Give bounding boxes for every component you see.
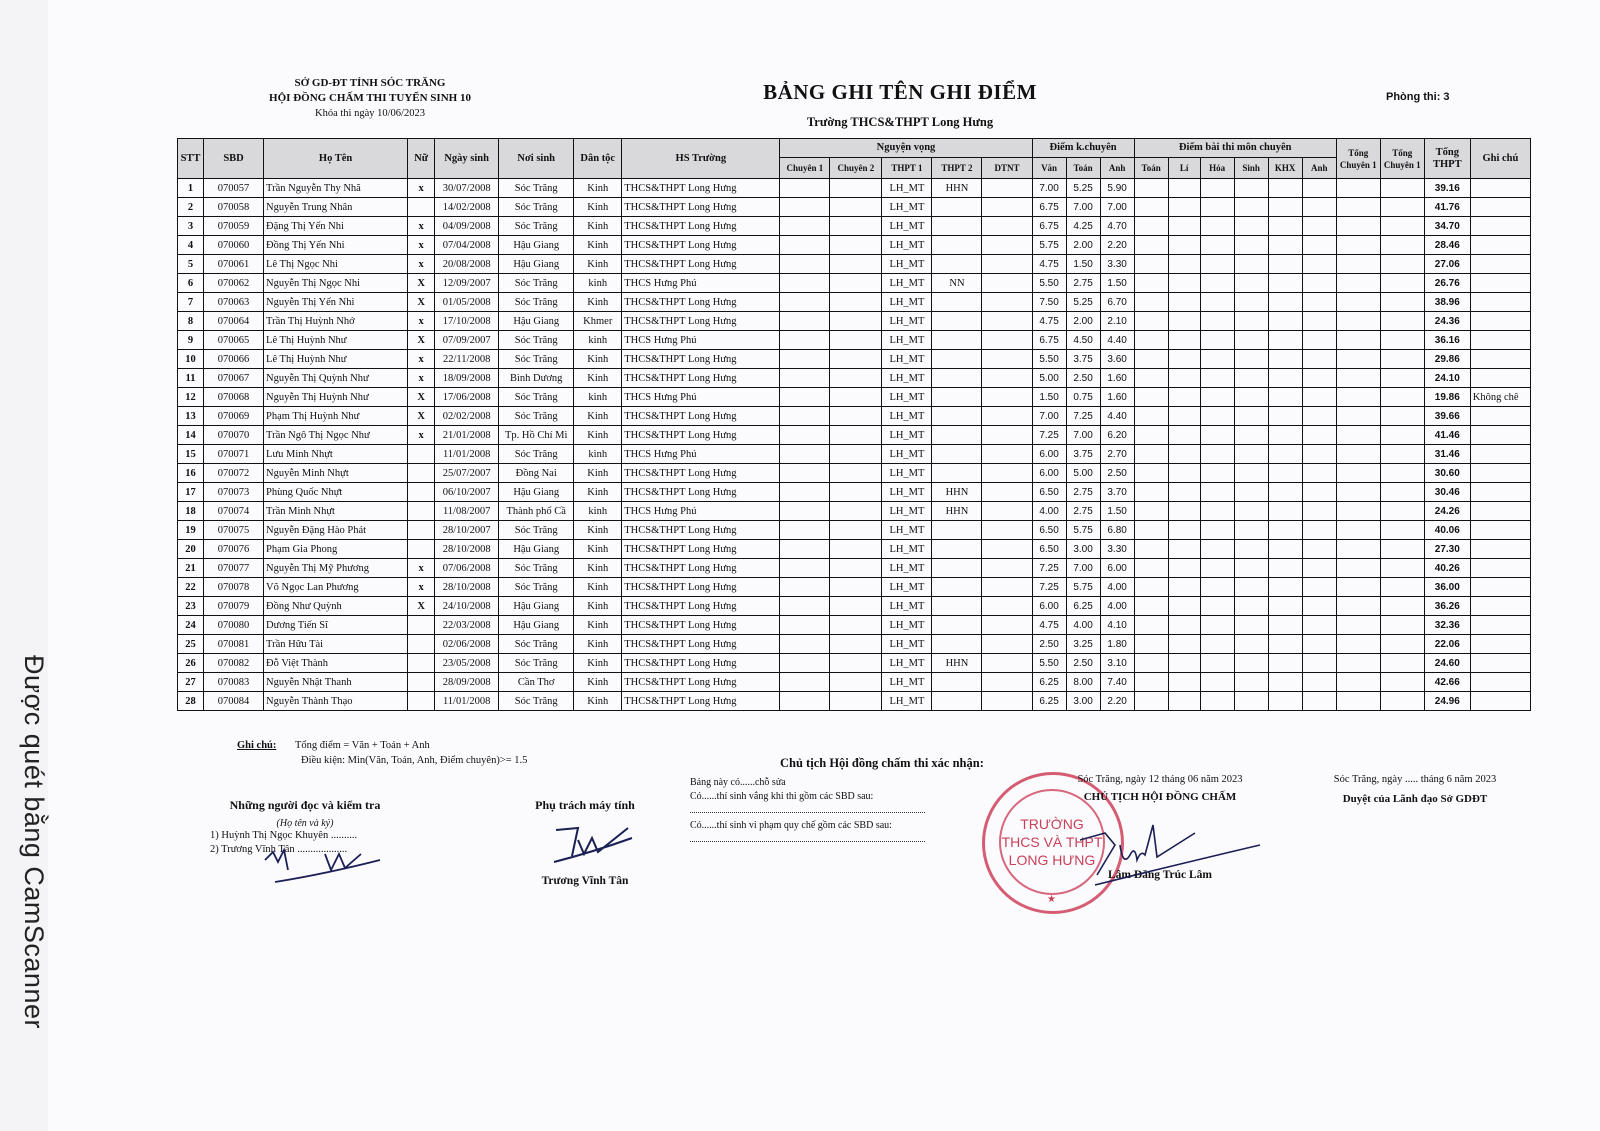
cell-bt-khx [1268, 426, 1302, 445]
cell-dob: 07/04/2008 [435, 236, 499, 255]
cell-stt: 4 [178, 236, 204, 255]
cell-tong-thpt: 19.86 [1424, 388, 1470, 407]
cell-bt-li [1168, 464, 1200, 483]
cell-toan: 2.75 [1066, 274, 1100, 293]
cell-sbd: 070084 [204, 692, 264, 711]
table-row: 4070060Đồng Thị Yến Nhix07/04/2008Hậu Gi… [178, 236, 1531, 255]
table-row: 2070058Nguyễn Trung Nhân14/02/2008Sóc Tr… [178, 198, 1531, 217]
cell-school: THCS Hưng Phú [622, 388, 780, 407]
readers-subheading: (Họ tên và ký) [210, 818, 400, 829]
cell-chuyen-2 [830, 483, 882, 502]
cell-anh: 5.90 [1100, 179, 1134, 198]
scanner-watermark: Được quét bằng CamScanner [18, 655, 49, 1029]
cell-dob: 21/01/2008 [435, 426, 499, 445]
cell-bt-li [1168, 597, 1200, 616]
cell-ghi-chu [1470, 635, 1530, 654]
cell-dob: 24/10/2008 [435, 597, 499, 616]
cell-bt-khx [1268, 331, 1302, 350]
cell-bt-anh [1302, 369, 1336, 388]
cell-toan: 3.00 [1066, 540, 1100, 559]
cell-dtnt [982, 597, 1032, 616]
cell-tong-chuyen-1 [1336, 635, 1380, 654]
cell-bt-li [1168, 293, 1200, 312]
col-stt: STT [178, 139, 204, 179]
cell-dtnt [982, 654, 1032, 673]
cell-school: THCS&THPT Long Hưng [622, 407, 780, 426]
table-row: 19070075Nguyễn Đặng Hào Phát28/10/2007Só… [178, 521, 1531, 540]
cell-name: Đặng Thị Yến Nhi [264, 217, 408, 236]
cell-chuyen-1 [780, 673, 830, 692]
department-title: Duyệt của Lãnh đạo Sở GDĐT [1310, 793, 1520, 805]
cell-tong-thpt: 39.66 [1424, 407, 1470, 426]
notes-formula: Tổng điểm = Văn + Toán + Anh [295, 740, 430, 751]
cell-bt-toan [1134, 540, 1168, 559]
cell-tong-chuyen-2 [1380, 255, 1424, 274]
cell-bt-toan [1134, 388, 1168, 407]
cell-dtnt [982, 540, 1032, 559]
cell-bt-anh [1302, 502, 1336, 521]
cell-bt-hoa [1200, 464, 1234, 483]
cell-ghi-chu [1470, 578, 1530, 597]
cell-bt-li [1168, 445, 1200, 464]
cell-tong-chuyen-2 [1380, 635, 1424, 654]
cell-stt: 5 [178, 255, 204, 274]
cell-stt: 17 [178, 483, 204, 502]
cell-ghi-chu [1470, 426, 1530, 445]
cell-ghi-chu [1470, 331, 1530, 350]
cell-dtnt [982, 255, 1032, 274]
cell-sbd: 070075 [204, 521, 264, 540]
cell-chuyen-1 [780, 654, 830, 673]
cell-pob: Sóc Trăng [499, 578, 574, 597]
col-sbd: SBD [204, 139, 264, 179]
cell-bt-khx [1268, 616, 1302, 635]
cell-chuyen-2 [830, 179, 882, 198]
cell-stt: 25 [178, 635, 204, 654]
col-bt-anh: Anh [1302, 158, 1336, 179]
cell-anh: 3.30 [1100, 540, 1134, 559]
cell-van: 7.25 [1032, 578, 1066, 597]
cell-toan: 5.25 [1066, 293, 1100, 312]
cell-bt-anh [1302, 692, 1336, 711]
score-table: STT SBD Họ Tên Nữ Ngày sinh Nơi sinh Dân… [177, 138, 1531, 711]
cell-thpt-1: LH_MT [882, 521, 932, 540]
cell-bt-toan [1134, 578, 1168, 597]
cell-bt-hoa [1200, 293, 1234, 312]
col-group-diem-k-chuyen: Điểm k.chuyên [1032, 139, 1134, 158]
cell-bt-khx [1268, 312, 1302, 331]
table-row: 23070079Đồng Như QuỳnhX24/10/2008Hậu Gia… [178, 597, 1531, 616]
cell-anh: 1.50 [1100, 274, 1134, 293]
cell-name: Trần Thị Huỳnh Nhớ [264, 312, 408, 331]
cell-bt-khx [1268, 255, 1302, 274]
cell-chuyen-2 [830, 274, 882, 293]
cell-ghi-chu [1470, 540, 1530, 559]
cell-tong-chuyen-2 [1380, 673, 1424, 692]
cell-van: 5.50 [1032, 654, 1066, 673]
cell-thpt-2 [932, 559, 982, 578]
cell-bt-sinh [1234, 578, 1268, 597]
cell-bt-hoa [1200, 407, 1234, 426]
table-row: 15070071Lưu Minh Nhựt11/01/2008Sóc Trăng… [178, 445, 1531, 464]
cell-eth: Kinh [574, 255, 622, 274]
cell-tong-chuyen-1 [1336, 692, 1380, 711]
cell-school: THCS&THPT Long Hưng [622, 521, 780, 540]
cell-nu: x [408, 578, 435, 597]
cell-tong-thpt: 24.60 [1424, 654, 1470, 673]
cell-name: Trần Ngô Thị Ngọc Như [264, 426, 408, 445]
cell-pob: Sóc Trăng [499, 407, 574, 426]
cell-bt-toan [1134, 331, 1168, 350]
cell-stt: 24 [178, 616, 204, 635]
cell-tong-chuyen-2 [1380, 331, 1424, 350]
cell-chuyen-2 [830, 236, 882, 255]
cell-toan: 7.25 [1066, 407, 1100, 426]
table-row: 6070062Nguyễn Thị Ngọc NhiX12/09/2007Sóc… [178, 274, 1531, 293]
cell-school: THCS&THPT Long Hưng [622, 673, 780, 692]
cell-toan: 5.75 [1066, 521, 1100, 540]
cell-tong-chuyen-1 [1336, 274, 1380, 293]
cell-bt-toan [1134, 483, 1168, 502]
cell-bt-toan [1134, 597, 1168, 616]
cell-bt-toan [1134, 369, 1168, 388]
cell-tong-chuyen-2 [1380, 502, 1424, 521]
cell-chuyen-1 [780, 445, 830, 464]
cell-tong-thpt: 29.86 [1424, 350, 1470, 369]
cell-tong-chuyen-2 [1380, 540, 1424, 559]
cell-dob: 12/09/2007 [435, 274, 499, 293]
cell-bt-anh [1302, 331, 1336, 350]
cell-dob: 20/08/2008 [435, 255, 499, 274]
cell-nu: X [408, 274, 435, 293]
cell-chuyen-1 [780, 502, 830, 521]
cell-eth: Kinh [574, 616, 622, 635]
cell-chuyen-1 [780, 312, 830, 331]
cell-nu: x [408, 369, 435, 388]
cell-school: THCS&THPT Long Hưng [622, 217, 780, 236]
cell-eth: Kinh [574, 559, 622, 578]
cell-stt: 23 [178, 597, 204, 616]
cell-tong-thpt: 38.96 [1424, 293, 1470, 312]
cell-bt-li [1168, 179, 1200, 198]
cell-dob: 02/02/2008 [435, 407, 499, 426]
cell-eth: Kinh [574, 654, 622, 673]
cell-ghi-chu [1470, 464, 1530, 483]
table-row: 7070063Nguyễn Thị Yến NhiX01/05/2008Sóc … [178, 293, 1531, 312]
cell-bt-hoa [1200, 236, 1234, 255]
cell-thpt-1: LH_MT [882, 692, 932, 711]
cell-thpt-2: NN [932, 274, 982, 293]
cell-chuyen-2 [830, 578, 882, 597]
cell-van: 7.00 [1032, 407, 1066, 426]
cell-thpt-1: LH_MT [882, 255, 932, 274]
cell-name: Đồng Như Quỳnh [264, 597, 408, 616]
cell-eth: kinh [574, 274, 622, 293]
table-row: 20070076Phạm Gia Phong28/10/2008Hậu Gian… [178, 540, 1531, 559]
cell-thpt-1: LH_MT [882, 293, 932, 312]
cell-tong-chuyen-2 [1380, 236, 1424, 255]
cell-eth: Kinh [574, 692, 622, 711]
table-row: 18070074Trần Minh Nhựt11/08/2007Thành ph… [178, 502, 1531, 521]
cell-bt-sinh [1234, 445, 1268, 464]
cell-ghi-chu [1470, 445, 1530, 464]
cell-bt-toan [1134, 654, 1168, 673]
cell-chuyen-2 [830, 616, 882, 635]
cell-bt-anh [1302, 217, 1336, 236]
cell-ghi-chu [1470, 483, 1530, 502]
cell-dtnt [982, 521, 1032, 540]
cell-sbd: 070062 [204, 274, 264, 293]
cell-dtnt [982, 312, 1032, 331]
cell-tong-chuyen-1 [1336, 616, 1380, 635]
cell-name: Đỗ Việt Thành [264, 654, 408, 673]
cell-anh: 4.70 [1100, 217, 1134, 236]
cell-bt-li [1168, 236, 1200, 255]
cell-tong-chuyen-1 [1336, 179, 1380, 198]
cell-sbd: 070078 [204, 578, 264, 597]
cell-sbd: 070083 [204, 673, 264, 692]
cell-chuyen-2 [830, 635, 882, 654]
cell-van: 4.75 [1032, 312, 1066, 331]
cell-eth: Kinh [574, 483, 622, 502]
col-bt-sinh: Sinh [1234, 158, 1268, 179]
cell-dob: 11/01/2008 [435, 445, 499, 464]
cell-name: Nguyễn Thị Quỳnh Như [264, 369, 408, 388]
cell-van: 6.75 [1032, 198, 1066, 217]
cell-tong-thpt: 24.36 [1424, 312, 1470, 331]
cell-bt-hoa [1200, 388, 1234, 407]
col-chuyen-2: Chuyên 2 [830, 158, 882, 179]
cell-bt-anh [1302, 198, 1336, 217]
cell-stt: 11 [178, 369, 204, 388]
cell-dtnt [982, 483, 1032, 502]
cell-dtnt [982, 293, 1032, 312]
cell-sbd: 070077 [204, 559, 264, 578]
cell-sbd: 070073 [204, 483, 264, 502]
cell-nu [408, 464, 435, 483]
cell-stt: 22 [178, 578, 204, 597]
cell-tong-thpt: 41.76 [1424, 198, 1470, 217]
cell-thpt-2 [932, 445, 982, 464]
cell-name: Phùng Quốc Nhựt [264, 483, 408, 502]
cell-pob: Sóc Trăng [499, 692, 574, 711]
cell-ghi-chu [1470, 616, 1530, 635]
cell-bt-li [1168, 521, 1200, 540]
cell-bt-khx [1268, 217, 1302, 236]
cell-ghi-chu [1470, 350, 1530, 369]
cell-tong-chuyen-1 [1336, 426, 1380, 445]
cell-chuyen-1 [780, 521, 830, 540]
cell-van: 6.00 [1032, 597, 1066, 616]
cell-van: 4.00 [1032, 502, 1066, 521]
cell-chuyen-1 [780, 692, 830, 711]
cell-dob: 22/03/2008 [435, 616, 499, 635]
cell-tong-chuyen-2 [1380, 692, 1424, 711]
cell-stt: 1 [178, 179, 204, 198]
cell-dtnt [982, 673, 1032, 692]
cell-bt-anh [1302, 654, 1336, 673]
cell-eth: Kinh [574, 578, 622, 597]
cell-dtnt [982, 350, 1032, 369]
cell-thpt-2: HHN [932, 483, 982, 502]
cell-dob: 22/11/2008 [435, 350, 499, 369]
cell-van: 6.50 [1032, 521, 1066, 540]
cell-bt-sinh [1234, 502, 1268, 521]
corrections-line: Bảng này có......chỗ sửa [690, 776, 930, 790]
cell-bt-anh [1302, 559, 1336, 578]
cell-name: Nguyễn Thị Ngọc Nhi [264, 274, 408, 293]
cell-chuyen-2 [830, 198, 882, 217]
stamp-star-icon: ★ [1047, 894, 1056, 905]
cell-bt-hoa [1200, 635, 1234, 654]
cell-pob: Thành phố Cầ [499, 502, 574, 521]
cell-thpt-1: LH_MT [882, 540, 932, 559]
cell-bt-hoa [1200, 426, 1234, 445]
cell-dtnt [982, 464, 1032, 483]
cell-tong-thpt: 24.96 [1424, 692, 1470, 711]
chair-confirm-notes: Bảng này có......chỗ sửa Có......thí sin… [690, 776, 930, 848]
cell-bt-anh [1302, 483, 1336, 502]
table-row: 28070084Nguyễn Thành Thạo11/01/2008Sóc T… [178, 692, 1531, 711]
cell-bt-hoa [1200, 445, 1234, 464]
cell-bt-hoa [1200, 312, 1234, 331]
cell-tong-chuyen-1 [1336, 559, 1380, 578]
cell-bt-khx [1268, 673, 1302, 692]
cell-thpt-2 [932, 350, 982, 369]
cell-dtnt [982, 331, 1032, 350]
cell-bt-toan [1134, 426, 1168, 445]
cell-thpt-1: LH_MT [882, 217, 932, 236]
cell-eth: Kinh [574, 407, 622, 426]
cell-anh: 7.40 [1100, 673, 1134, 692]
cell-name: Trần Nguyễn Thy Nhã [264, 179, 408, 198]
cell-van: 6.50 [1032, 483, 1066, 502]
department-date: Sóc Trăng, ngày ..... tháng 6 năm 2023 [1310, 774, 1520, 785]
cell-stt: 6 [178, 274, 204, 293]
cell-anh: 4.10 [1100, 616, 1134, 635]
cell-eth: Kinh [574, 521, 622, 540]
cell-thpt-1: LH_MT [882, 198, 932, 217]
cell-tong-chuyen-2 [1380, 597, 1424, 616]
cell-bt-khx [1268, 635, 1302, 654]
cell-chuyen-2 [830, 597, 882, 616]
cell-thpt-2 [932, 407, 982, 426]
department-name: SỞ GD-ĐT TỈNH SÓC TRĂNG [220, 76, 520, 91]
cell-thpt-1: LH_MT [882, 407, 932, 426]
cell-dtnt [982, 502, 1032, 521]
cell-stt: 9 [178, 331, 204, 350]
cell-chuyen-1 [780, 236, 830, 255]
notes-condition: Điều kiện: Min(Văn, Toán, Anh, Điểm chuy… [237, 753, 527, 768]
cell-chuyen-1 [780, 559, 830, 578]
cell-pob: Bình Dương [499, 369, 574, 388]
cell-bt-li [1168, 616, 1200, 635]
cell-pob: Tp. Hồ Chí Mi [499, 426, 574, 445]
cell-toan: 2.00 [1066, 236, 1100, 255]
cell-chuyen-1 [780, 426, 830, 445]
cell-eth: Kinh [574, 236, 622, 255]
cell-bt-sinh [1234, 236, 1268, 255]
cell-toan: 2.50 [1066, 654, 1100, 673]
cell-sbd: 070060 [204, 236, 264, 255]
cell-bt-sinh [1234, 274, 1268, 293]
cell-dob: 17/10/2008 [435, 312, 499, 331]
cell-chuyen-1 [780, 464, 830, 483]
col-toan: Toán [1066, 158, 1100, 179]
cell-dob: 02/06/2008 [435, 635, 499, 654]
cell-thpt-2 [932, 521, 982, 540]
notes-label: Ghi chú: [237, 738, 295, 753]
cell-bt-toan [1134, 274, 1168, 293]
cell-tong-thpt: 32.36 [1424, 616, 1470, 635]
cell-stt: 8 [178, 312, 204, 331]
cell-tong-thpt: 31.46 [1424, 445, 1470, 464]
cell-bt-khx [1268, 654, 1302, 673]
cell-sbd: 070067 [204, 369, 264, 388]
cell-bt-hoa [1200, 559, 1234, 578]
cell-name: Nguyễn Trung Nhân [264, 198, 408, 217]
col-bt-khx: KHX [1268, 158, 1302, 179]
school-name: Trường THCS&THPT Long Hưng [700, 115, 1100, 130]
cell-thpt-1: LH_MT [882, 654, 932, 673]
cell-thpt-2: HHN [932, 502, 982, 521]
cell-school: THCS Hưng Phú [622, 331, 780, 350]
cell-dtnt [982, 179, 1032, 198]
cell-bt-toan [1134, 179, 1168, 198]
cell-bt-li [1168, 331, 1200, 350]
cell-bt-khx [1268, 692, 1302, 711]
cell-nu [408, 692, 435, 711]
cell-bt-li [1168, 350, 1200, 369]
cell-tong-thpt: 40.06 [1424, 521, 1470, 540]
cell-nu: X [408, 331, 435, 350]
cell-tong-chuyen-2 [1380, 521, 1424, 540]
cell-bt-anh [1302, 426, 1336, 445]
cell-pob: Sóc Trăng [499, 388, 574, 407]
cell-thpt-1: LH_MT [882, 578, 932, 597]
cell-sbd: 070070 [204, 426, 264, 445]
cell-anh: 2.70 [1100, 445, 1134, 464]
cell-chuyen-2 [830, 388, 882, 407]
cell-tong-chuyen-1 [1336, 217, 1380, 236]
cell-thpt-1: LH_MT [882, 464, 932, 483]
cell-bt-sinh [1234, 521, 1268, 540]
table-header-row: STT SBD Họ Tên Nữ Ngày sinh Nơi sinh Dân… [178, 139, 1531, 158]
cell-bt-toan [1134, 407, 1168, 426]
cell-stt: 26 [178, 654, 204, 673]
cell-bt-sinh [1234, 217, 1268, 236]
cell-bt-toan [1134, 635, 1168, 654]
cell-thpt-1: LH_MT [882, 179, 932, 198]
cell-bt-li [1168, 312, 1200, 331]
cell-tong-chuyen-1 [1336, 331, 1380, 350]
issuer-header: SỞ GD-ĐT TỈNH SÓC TRĂNG HỘI ĐỒNG CHẤM TH… [220, 76, 520, 121]
readers-heading: Những người đọc và kiểm tra [210, 798, 400, 813]
cell-stt: 3 [178, 217, 204, 236]
table-row: 13070069Phạm Thị Huỳnh NhưX02/02/2008Sóc… [178, 407, 1531, 426]
cell-bt-anh [1302, 293, 1336, 312]
cell-name: Lê Thị Huỳnh Như [264, 350, 408, 369]
cell-nu [408, 502, 435, 521]
cell-thpt-1: LH_MT [882, 502, 932, 521]
cell-ghi-chu [1470, 673, 1530, 692]
cell-dob: 14/02/2008 [435, 198, 499, 217]
col-thpt-2: THPT 2 [932, 158, 982, 179]
cell-bt-khx [1268, 464, 1302, 483]
cell-bt-li [1168, 407, 1200, 426]
cell-bt-anh [1302, 464, 1336, 483]
cell-ghi-chu [1470, 236, 1530, 255]
